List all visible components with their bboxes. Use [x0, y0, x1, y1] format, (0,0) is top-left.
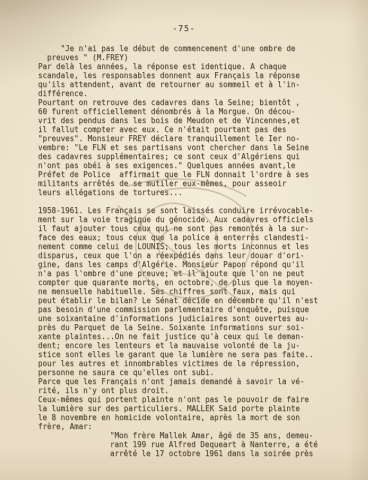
text-line: face des eaux; tous ceux que la police a… — [38, 233, 334, 242]
text-line: peut établir le bilan? Le Sénat décide e… — [38, 296, 334, 305]
text-line: arrêté le 17 octobre 1961 dans la soirée… — [110, 449, 334, 458]
text-line: "preuves". Monsieur FREY déclare tranqui… — [38, 134, 334, 143]
text-line: vrit des pendus dans les bois de Meudon … — [38, 116, 334, 125]
text-line: il fallut compter avec eux. Ce n'était p… — [38, 125, 334, 134]
text-line: il faut ajouter tous ceux qui ne sont pa… — [38, 224, 334, 233]
text-line: leurs allégations de tortures... — [38, 188, 334, 197]
text-line: disparus, ceux que l'on a réexpédiés dan… — [38, 251, 334, 260]
text-line: compter que quarante morts, en octobre, … — [38, 278, 334, 287]
text-line: preuves " (M.FREY) — [38, 53, 334, 62]
text-line: scandale, les responsables donnent aux F… — [38, 71, 334, 80]
text-line: qu'ils attendent, avant de retourner au … — [38, 80, 334, 89]
text-line: frère, Amar: — [38, 422, 334, 431]
text-line: une soixantaine d'informations judiciair… — [38, 314, 334, 323]
text-line: rité, ils n'y ont plus droit. — [38, 386, 334, 395]
text-line: Ceux-mêmes qui portent plainte n'ont pas… — [38, 395, 334, 404]
text-line: stice sont elles le garant que la lumièr… — [38, 350, 334, 359]
text-line: militants arrêtés de se mutiler eux-même… — [38, 179, 334, 188]
text-line: rant 199 rue Alfred Dequeart à Nanterre,… — [110, 440, 334, 449]
text-line: xante plaintes...On ne fait justice qu'à… — [38, 332, 334, 341]
text-line: différence. — [38, 89, 334, 98]
text-line: 1958-1961. Les Français se sont laissés … — [38, 206, 334, 215]
text-line: Par delà les années, la réponse est iden… — [38, 62, 334, 71]
text-line: ne mensuelle habituelle. Ses chiffres so… — [38, 287, 334, 296]
text-line: ment sur la voie tragique du génocide. A… — [38, 215, 334, 224]
epigraph-quote: "Je n'ai pas le début de commencement d'… — [38, 44, 334, 62]
text-line: "Mon frère Mallek Amar, âgé de 35 ans, d… — [110, 431, 334, 440]
paragraph-official-responses: Par delà les années, la réponse est iden… — [38, 62, 334, 197]
text-line: pas besoin d'une commission parlementair… — [38, 305, 334, 314]
text-line: dent; encore les lenteurs et la mauvaise… — [38, 341, 334, 350]
text-line: Parce que les Français n'ont jamais dema… — [38, 377, 334, 386]
text-line: Pourtant on retrouve des cadavres dans l… — [38, 98, 334, 107]
text-line: personne ne saura ce qu'elles ont subi. — [38, 368, 334, 377]
text-line: des cadavres supplémentaires; ce sont ce… — [38, 152, 334, 161]
text-line: n'a pas l'ombre d'une preuve; et il ajou… — [38, 269, 334, 278]
text-line: gine, dans les camps d'Algérie. Monsieur… — [38, 260, 334, 269]
text-line: n'ont pas obéi à ses exigences." Quelque… — [38, 161, 334, 170]
testimony-blockquote: "Mon frère Mallek Amar, âgé de 35 ans, d… — [110, 431, 334, 458]
text-line: près du Parquet de la Seine. Soixante in… — [38, 323, 334, 332]
page-body: "Je n'ai pas le début de commencement d'… — [38, 44, 334, 458]
document-page: -75- "Je n'ai pas le début de commenceme… — [0, 0, 368, 480]
paragraph-1958-1961: 1958-1961. Les Français se sont laissés … — [38, 206, 334, 431]
text-line: vembre: "Le FLN et ses partisans vont ch… — [38, 143, 334, 152]
text-line: le 8 novembre en homicide volontaire, ap… — [38, 413, 334, 422]
text-line: pour les autres et innombrables victimes… — [38, 359, 334, 368]
page-number: -75- — [0, 24, 368, 33]
text-line: nement comme celui de LOUNIS; tous les m… — [38, 242, 334, 251]
text-line: "Je n'ai pas le début de commencement d'… — [38, 44, 334, 53]
text-line: la lumière sur des particuliers. MALLEK … — [38, 404, 334, 413]
text-line: 60 furent officiellement dénombrés à la … — [38, 107, 334, 116]
text-line: Préfet de Police affirmait que le FLN do… — [38, 170, 334, 179]
